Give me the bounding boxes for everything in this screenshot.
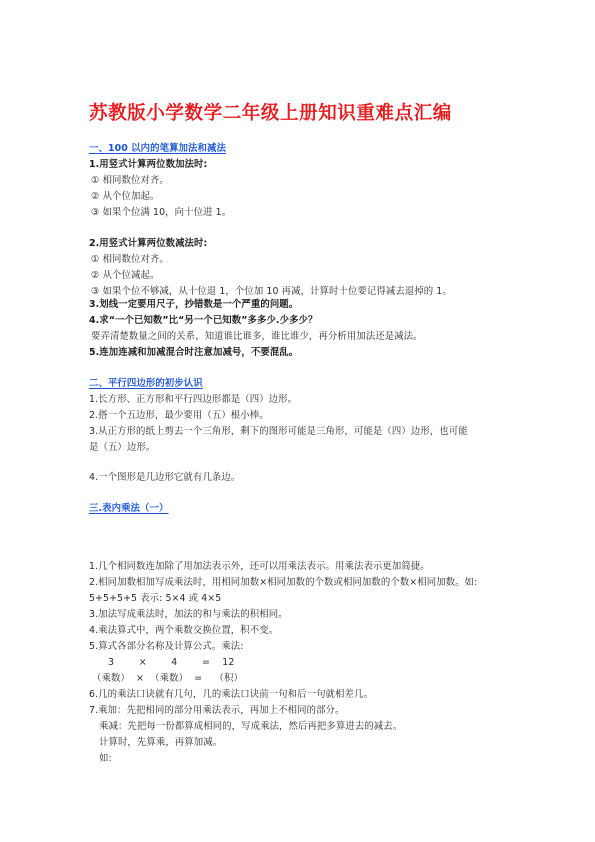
item-mult-7-example: 如: [99, 753, 112, 765]
item-compare-explanation: 要弄清楚数量之间的关系，知道谁比谁多，谁比谁少，再分析用加法还是减法。 [91, 331, 423, 343]
item-mult-4: 4.乘法算式中，两个乘数交换位置，积不变。 [89, 625, 278, 637]
section-heading-addition-subtraction: 一、100 以内的笔算加法和减法 [89, 143, 226, 155]
formula-names: （乘数） × （乘数） = （积） [92, 673, 243, 685]
item-mult-1: 1.几个相同数连加除了用加法表示外，还可以用乘法表示。用乘法表示更加简捷。 [89, 561, 430, 573]
formula-numbers: 3 × 4 = 12 [108, 657, 234, 669]
item-mult-6: 6.几的乘法口诀就有几句，几的乘法口诀前一句和后一句就相差几。 [89, 689, 373, 701]
item-addition-step-1: ① 相同数位对齐。 [91, 175, 169, 187]
section-heading-multiplication: 三.表内乘法（一） [89, 503, 168, 515]
item-subtraction-step-1: ① 相同数位对齐。 [91, 254, 169, 266]
item-mult-7-order: 计算时，先算乘，再算加减。 [99, 737, 222, 749]
item-addition-step-3: ③ 如果个位满 10，向十位进 1。 [91, 207, 231, 219]
item-subtraction-rule-title: 2.用竖式计算两位数减法时: [89, 238, 207, 250]
item-addition-step-2: ② 从个位加起。 [91, 191, 159, 203]
item-mult-7: 7.乘加：先把相同的部分用乘法表示，再加上不相同的部分。 [89, 705, 345, 717]
item-compare-rule: 4.求“一个已知数”比“另一个已知数”多多少.少多少？ [89, 315, 318, 327]
item-polygon-2: 2.搭一个五边形，最少要用（五）根小棒。 [89, 410, 269, 422]
item-subtraction-step-2: ② 从个位减起。 [91, 270, 159, 282]
item-subtraction-step-3: ③ 如果个位不够减，从十位退 1，个位加 10 再减，计算时十位要记得减去退掉的… [91, 286, 452, 298]
document-page: 苏教版小学数学二年级上册知识重难点汇编 一、100 以内的笔算加法和减法 1.用… [0, 0, 595, 842]
item-mult-5: 5.算式各部分名称及计算公式。乘法: [89, 641, 244, 653]
item-mult-2: 2.相同加数相加写成乘法时，用相同加数×相同加数的个数或相同加数的个数×相同加数… [89, 577, 477, 589]
document-title: 苏教版小学数学二年级上册知识重难点汇编 [89, 99, 452, 125]
item-mult-3: 3.加法写成乘法时，加法的和与乘法的积相同。 [89, 609, 288, 621]
item-ruler-rule: 3.划线一定要用尺子，抄错数是一个严重的问题。 [89, 299, 298, 311]
item-mult-7-subtract: 乘减：先把每一份都算成相同的，写成乘法，然后再把多算进去的减去。 [99, 721, 402, 733]
item-mixed-ops-rule: 5.连加连减和加减混合时注意加减号，不要混乱。 [89, 347, 298, 359]
item-mult-2-example: 5+5+5+5 表示: 5×4 或 4×5 [89, 593, 221, 605]
item-addition-rule-title: 1.用竖式计算两位数加法时: [89, 159, 207, 171]
item-polygon-3: 3.从正方形的纸上剪去一个三角形，剩下的图形可能是三角形，可能是（四）边形，也可… [89, 426, 468, 438]
section-heading-parallelogram: 二、平行四边形的初步认识 [89, 378, 203, 390]
item-polygon-3-cont: 是（五）边形。 [89, 442, 155, 454]
item-polygon-1: 1.长方形、正方形和平行四边形都是（四）边形。 [89, 394, 297, 406]
item-polygon-4: 4.一个图形是几边形它就有几条边。 [89, 472, 240, 484]
